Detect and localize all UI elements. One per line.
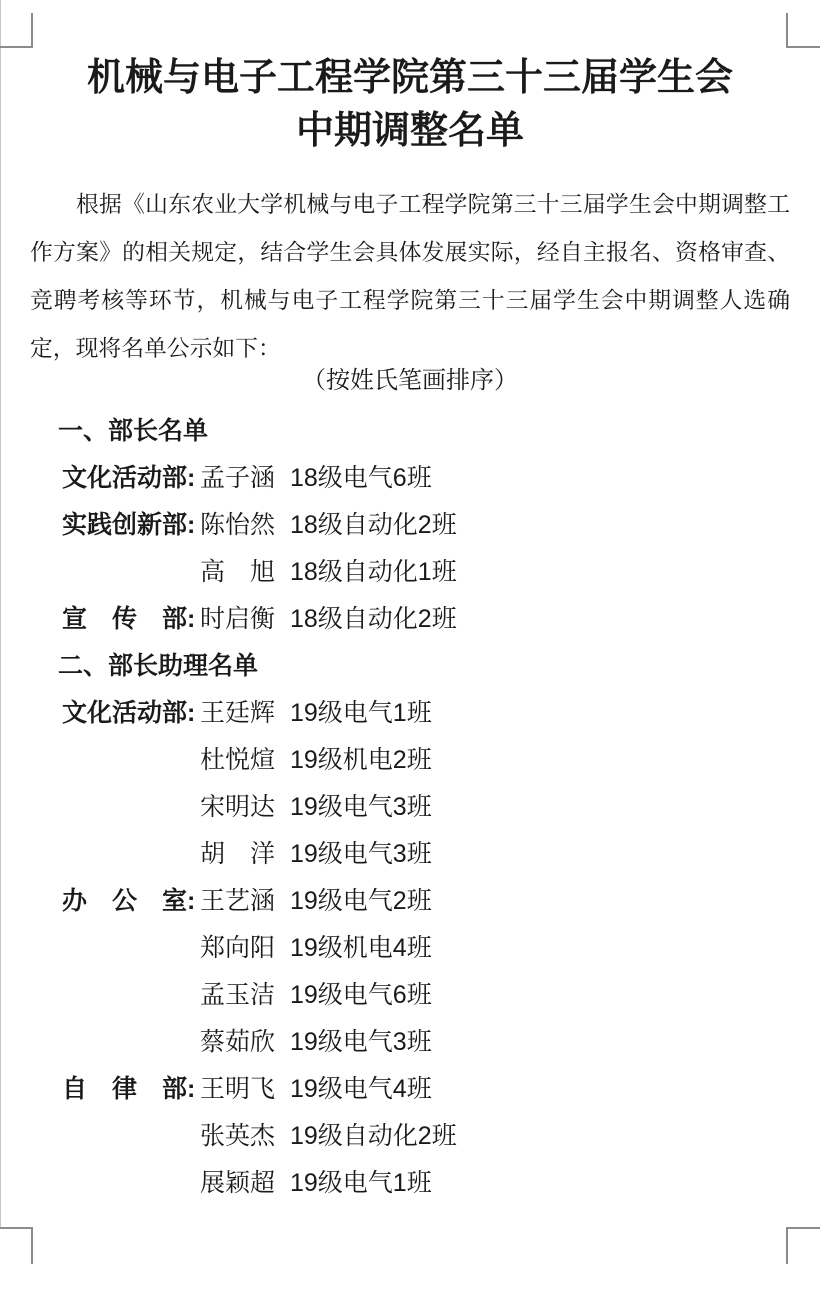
member-class: 19级电气2班: [290, 878, 432, 925]
member-class: 19级机电4班: [290, 925, 432, 972]
document-content: 机械与电子工程学院第三十三届学生会 中期调整名单 根据《山东农业大学机械与电子工…: [30, 52, 790, 1207]
member-name: 陈怡然: [200, 502, 278, 549]
member-name: 张英杰: [200, 1113, 278, 1160]
member-class: 18级自动化1班: [290, 549, 457, 596]
document-page: 机械与电子工程学院第三十三届学生会 中期调整名单 根据《山东农业大学机械与电子工…: [0, 0, 820, 1301]
department-label: 文化活动部:: [62, 455, 200, 502]
roster-row: 孟玉洁19级电气6班: [30, 972, 790, 1019]
roster-row: 实践创新部:陈怡然18级自动化2班: [30, 502, 790, 549]
roster-row: 杜悦煊19级机电2班: [30, 737, 790, 784]
member-name: 杜悦煊: [200, 737, 278, 784]
member-class: 18级自动化2班: [290, 596, 457, 643]
roster-row: 宋明达19级电气3班: [30, 784, 790, 831]
page-left-edge-line: [0, 0, 1, 1228]
title-line-1: 机械与电子工程学院第三十三届学生会: [30, 52, 790, 105]
member-name: 王明飞: [200, 1066, 278, 1113]
intro-line: 竞聘考核等环节，机械与电子工程学院第三十三届学生会中期调整人选确: [30, 276, 790, 324]
member-class: 19级电气1班: [290, 1160, 432, 1207]
member-class: 19级电气3班: [290, 1019, 432, 1066]
roster-row: 文化活动部:王廷辉19级电气1班: [30, 690, 790, 737]
crop-mark-top-right: [786, 13, 820, 48]
crop-mark-bottom-left: [0, 1227, 33, 1264]
member-class: 19级自动化2班: [290, 1113, 457, 1160]
member-class: 19级电气3班: [290, 831, 432, 878]
roster-list: 一、部长名单文化活动部:孟子涵18级电气6班实践创新部:陈怡然18级自动化2班高…: [30, 408, 790, 1207]
section-heading: 一、部长名单: [30, 408, 790, 455]
title-line-2: 中期调整名单: [30, 105, 790, 158]
member-class: 19级电气6班: [290, 972, 432, 1019]
roster-row: 宣 传 部:时启衡18级自动化2班: [30, 596, 790, 643]
member-class: 18级自动化2班: [290, 502, 457, 549]
department-label: 宣 传 部:: [62, 596, 200, 643]
member-class: 19级电气3班: [290, 784, 432, 831]
roster-row: 展颖超19级电气1班: [30, 1160, 790, 1207]
roster-row: 自 律 部:王明飞19级电气4班: [30, 1066, 790, 1113]
roster-row: 蔡茹欣19级电气3班: [30, 1019, 790, 1066]
intro-line: 根据《山东农业大学机械与电子工程学院第三十三届学生会中期调整工: [30, 180, 790, 228]
crop-mark-bottom-right: [786, 1227, 820, 1264]
department-label: 办 公 室:: [62, 878, 200, 925]
intro-paragraph: 根据《山东农业大学机械与电子工程学院第三十三届学生会中期调整工作方案》的相关规定…: [30, 180, 790, 372]
member-name: 王艺涵: [200, 878, 278, 925]
crop-mark-top-left: [0, 13, 33, 48]
member-name: 王廷辉: [200, 690, 278, 737]
roster-row: 张英杰19级自动化2班: [30, 1113, 790, 1160]
member-name: 宋明达: [200, 784, 278, 831]
intro-line: 作方案》的相关规定，结合学生会具体发展实际，经自主报名、资格审查、: [30, 228, 790, 276]
member-name: 孟子涵: [200, 455, 278, 502]
department-label: 自 律 部:: [62, 1066, 200, 1113]
department-label: 实践创新部:: [62, 502, 200, 549]
member-name: 时启衡: [200, 596, 278, 643]
member-name: 孟玉洁: [200, 972, 278, 1019]
document-title: 机械与电子工程学院第三十三届学生会 中期调整名单: [30, 52, 790, 158]
roster-row: 高 旭18级自动化1班: [30, 549, 790, 596]
department-label: 文化活动部:: [62, 690, 200, 737]
roster-row: 郑向阳19级机电4班: [30, 925, 790, 972]
roster-row: 文化活动部:孟子涵18级电气6班: [30, 455, 790, 502]
section-heading: 二、部长助理名单: [30, 643, 790, 690]
member-class: 19级电气4班: [290, 1066, 432, 1113]
member-name: 郑向阳: [200, 925, 278, 972]
member-name: 展颖超: [200, 1160, 278, 1207]
member-class: 18级电气6班: [290, 455, 432, 502]
member-name: 胡 洋: [200, 831, 278, 878]
member-class: 19级电气1班: [290, 690, 432, 737]
member-name: 蔡茹欣: [200, 1019, 278, 1066]
member-class: 19级机电2班: [290, 737, 432, 784]
roster-row: 胡 洋19级电气3班: [30, 831, 790, 878]
roster-row: 办 公 室:王艺涵19级电气2班: [30, 878, 790, 925]
member-name: 高 旭: [200, 549, 278, 596]
